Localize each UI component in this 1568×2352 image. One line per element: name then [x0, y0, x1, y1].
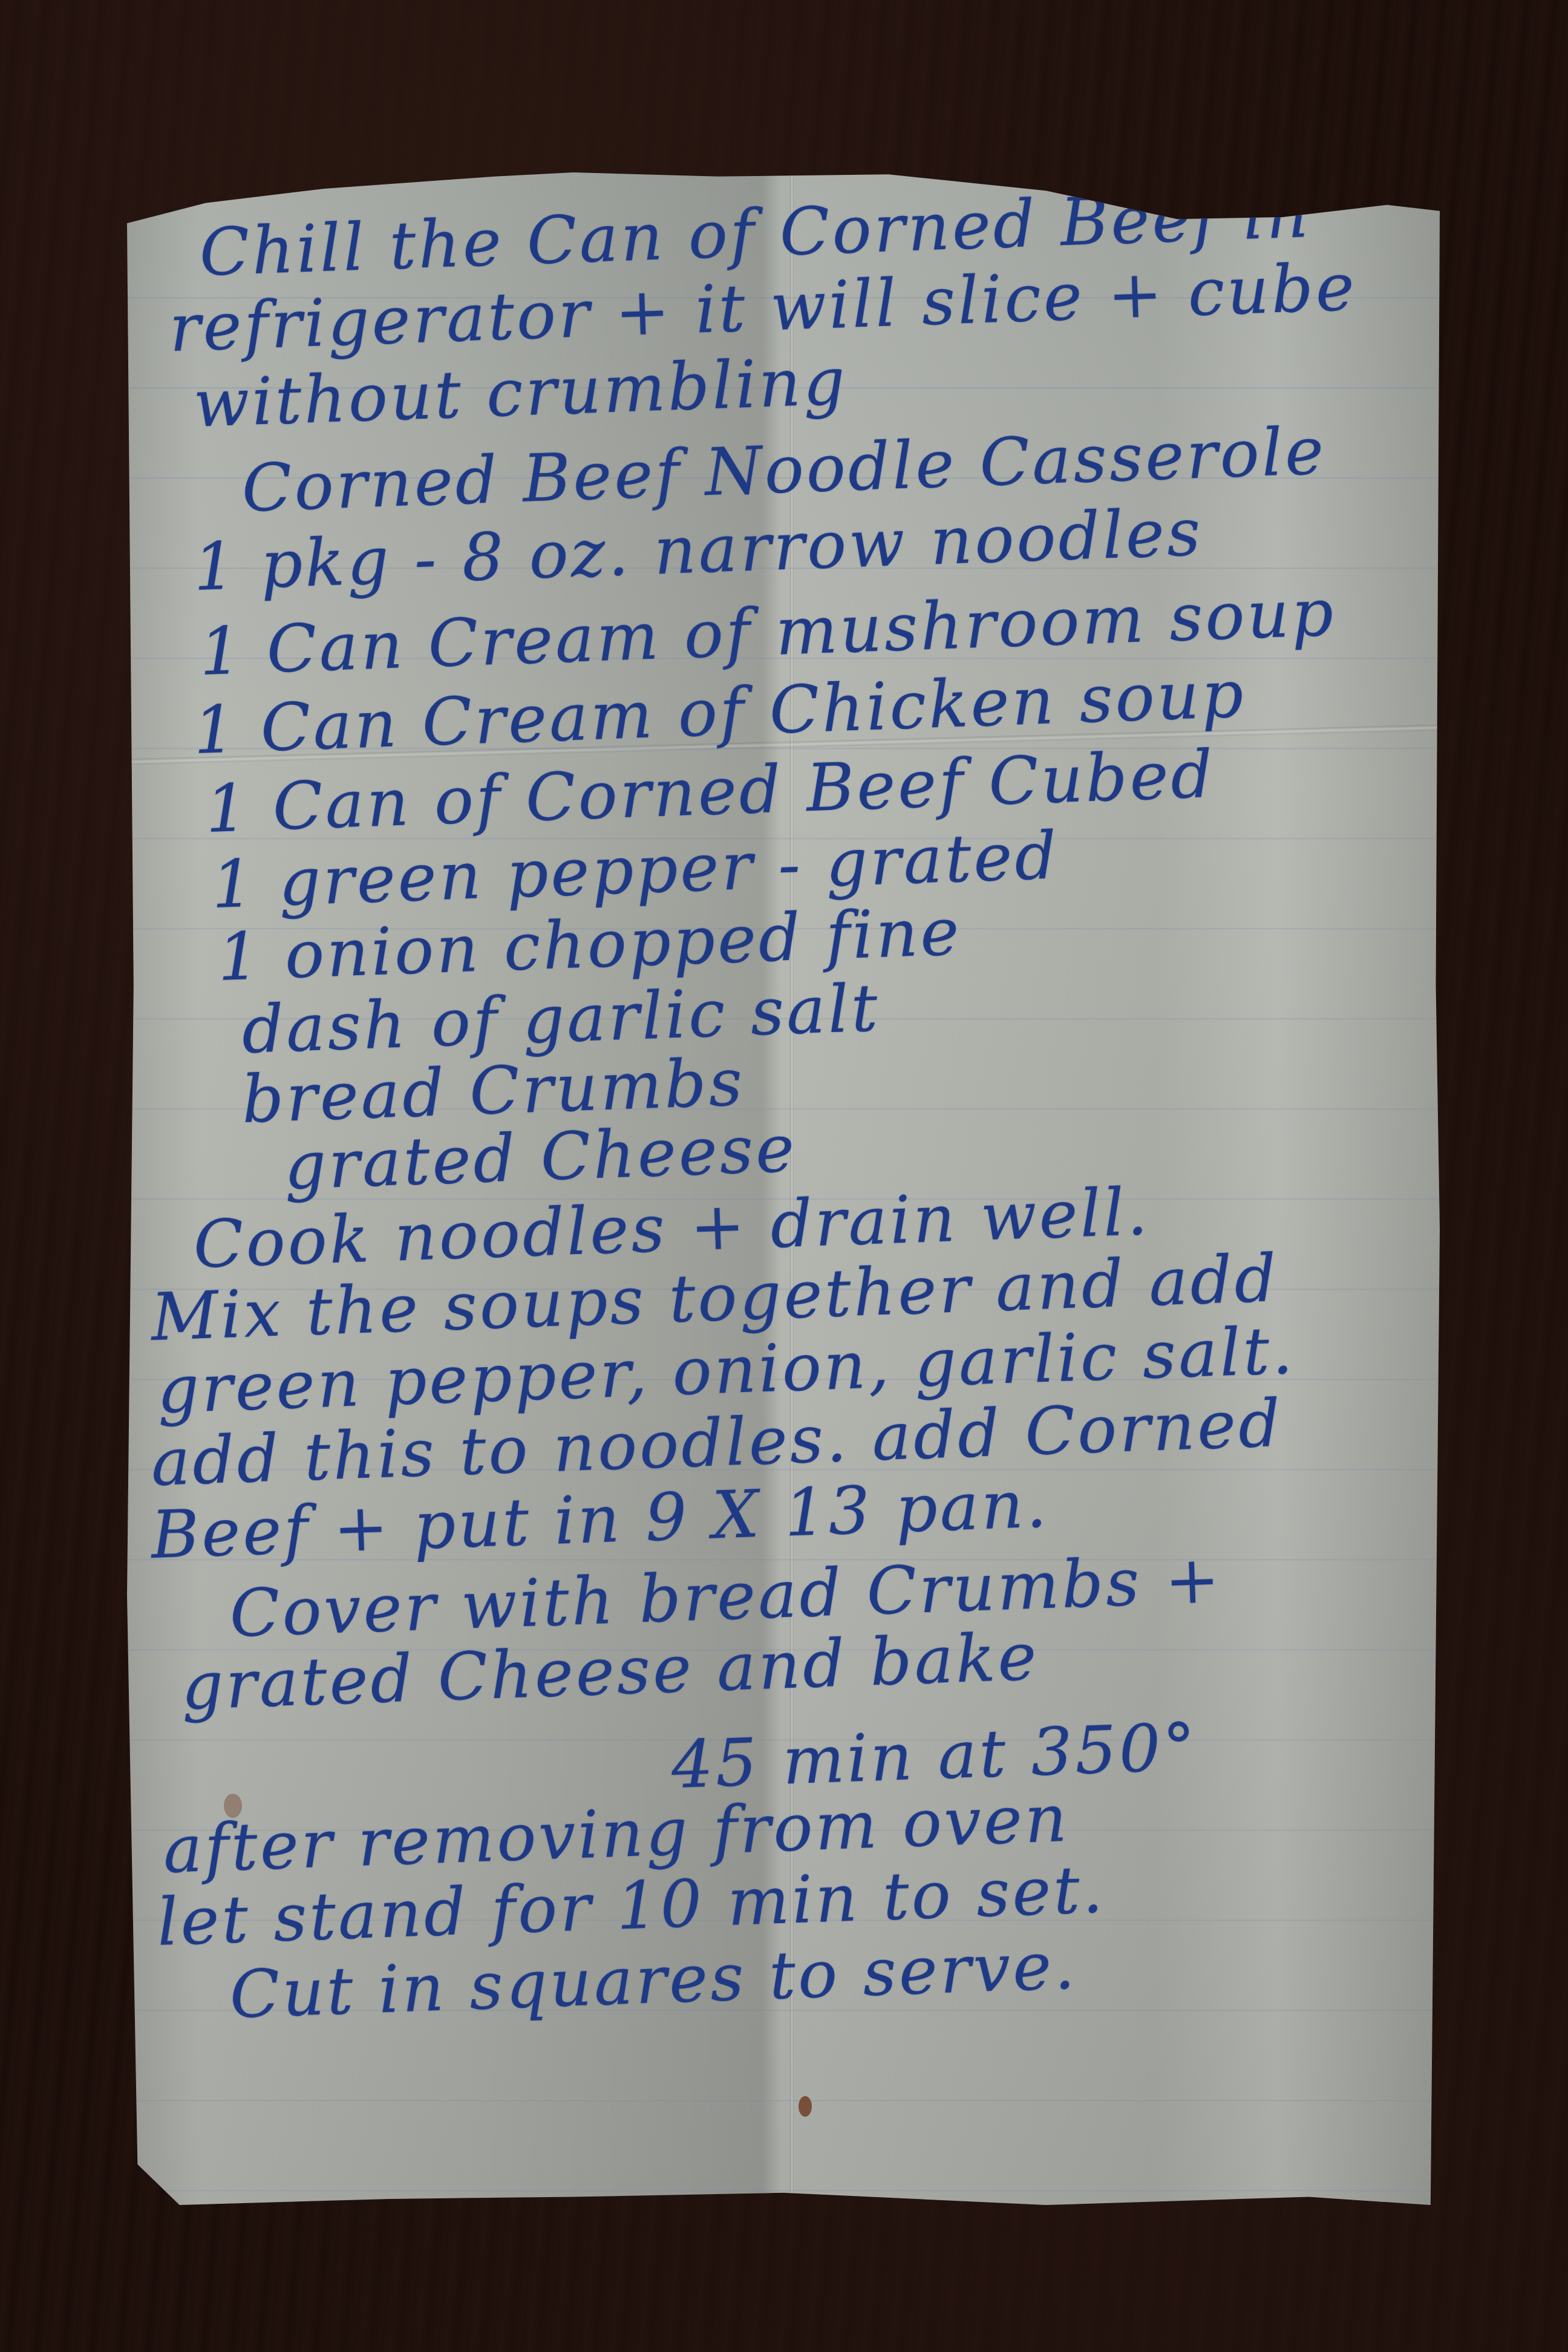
ingredient-item: dash of garlic salt	[241, 976, 881, 1063]
recipe-paper: Chill the Can of Corned Beef in refriger…	[127, 172, 1440, 2205]
note-line: without crumbling	[192, 349, 848, 437]
handwriting: Chill the Can of Corned Beef in refriger…	[127, 172, 1440, 2205]
ingredient-item: grated Cheese	[283, 1116, 798, 1200]
stain-spot	[799, 2096, 812, 2117]
stain-spot	[224, 1794, 242, 1818]
